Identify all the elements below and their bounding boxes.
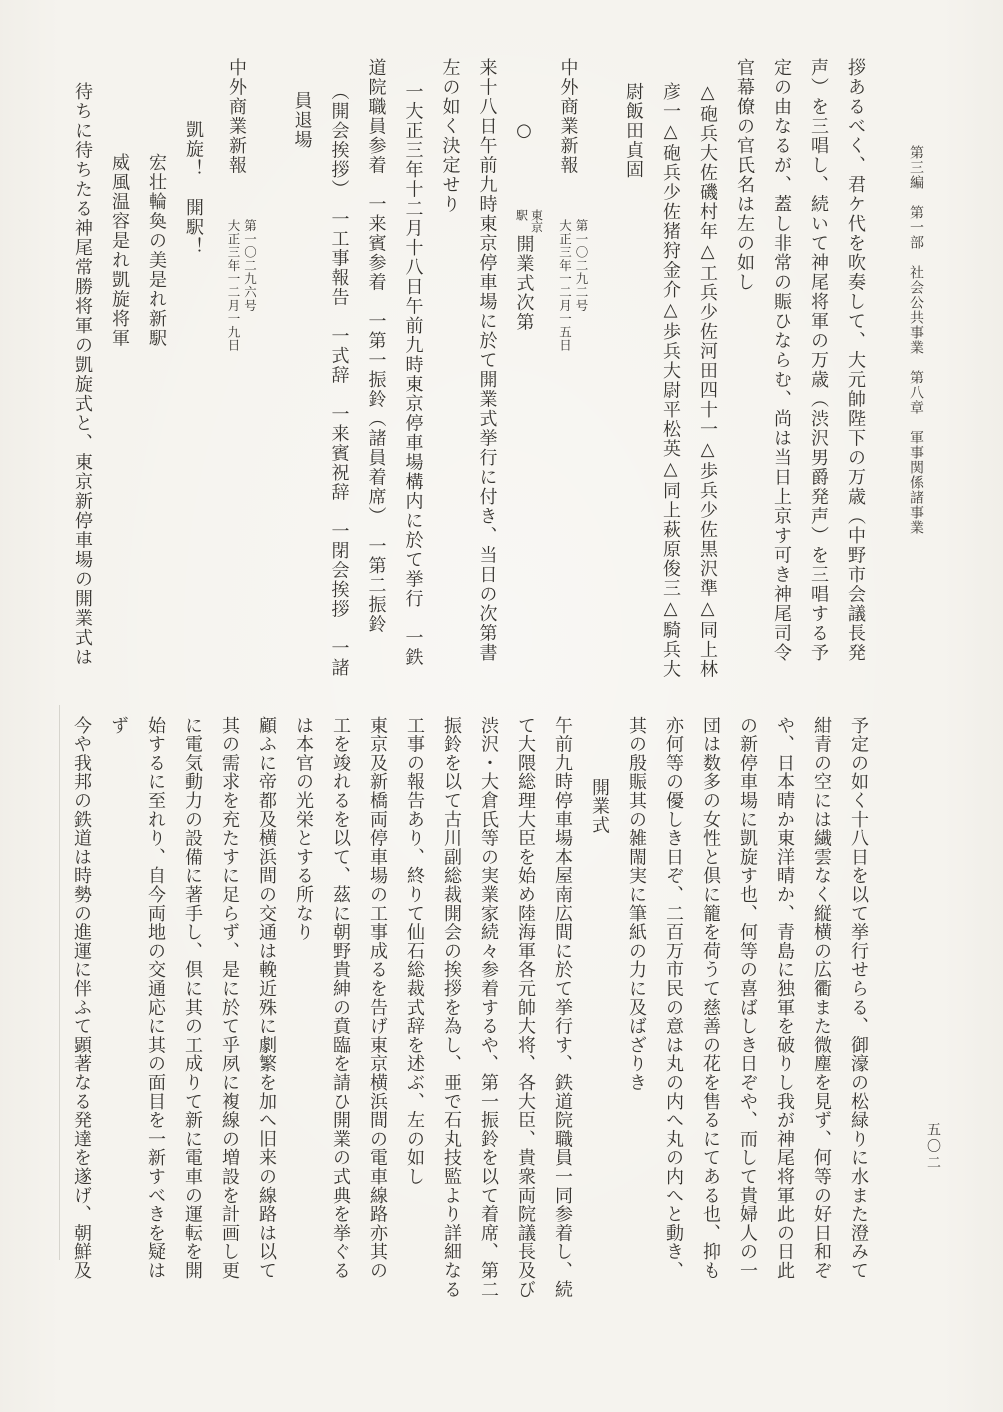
newspaper-citation: 中外商業新報第一〇二九二号大正三年一二月一五日 bbox=[550, 58, 590, 690]
top-text-block: 拶あるべく、君ケ代を吹奏して、大元帥陛下の万歳（中野市会議長発 声）を三唱し、続… bbox=[64, 58, 874, 690]
newspaper-name: 中外商業新報 bbox=[558, 58, 579, 175]
citation-date: 大正三年一二月一五日 bbox=[556, 219, 573, 352]
body-line: 拶あるべく、君ケ代を吹奏して、大元帥陛下の万歳（中野市会議長発 bbox=[837, 58, 874, 690]
address-line: は本官の光栄とする所なり bbox=[285, 716, 322, 1316]
headline: 凱旋！ 開駅！ bbox=[175, 58, 212, 690]
address-line: に電気動力の設備に著手し、倶に其の工成りて新に電車の運転を開 bbox=[174, 716, 211, 1316]
body-line: 亦何等の優しき日ぞ、二百万市民の意は丸の内へ丸の内へと動き、 bbox=[655, 716, 692, 1316]
chapter-header: 第三編 第一部 社会公共事業 第八章 軍事関係諸事業 bbox=[906, 145, 926, 535]
body-line: 其の殷賑其の雑閙実に筆紙の力に及ばざりき bbox=[618, 716, 655, 1316]
address-line: 工を竣れるを以て、茲に朝野貴紳の賁臨を請ひ開業の式典を挙ぐる bbox=[322, 716, 359, 1316]
officer-list-line: 尉飯田貞固 bbox=[615, 58, 652, 690]
body-line: 午前九時停車場本屋南広間に於て挙行す、鉄道院職員一同参着し、続 bbox=[544, 716, 581, 1316]
citation-issue-date: 第一〇二九六号大正三年一二月一九日 bbox=[225, 219, 258, 352]
article-heading: ○東京駅開業式次第 bbox=[506, 58, 544, 690]
program-line: 道院職員参着 一来賓参着 一第一振鈴（諸員着席） 一第二振鈴 bbox=[358, 58, 395, 690]
citation-date: 大正三年一二月一九日 bbox=[225, 219, 242, 352]
program-line: 員退場 bbox=[284, 58, 321, 690]
address-line: 顧ふに帝都及横浜間の交通は輓近殊に劇繁を加へ旧来の線路は以て bbox=[248, 716, 285, 1316]
body-line: 予定の如く十八日を以て挙行せらる、御濠の松緑りに水また澄みて bbox=[840, 716, 877, 1316]
article-mark: ○ bbox=[514, 120, 535, 143]
scanned-book-page: 第三編 第一部 社会公共事業 第八章 軍事関係諸事業 拶あるべく、君ケ代を吹奏し… bbox=[0, 0, 1003, 1412]
body-line: 官幕僚の官氏名は左の如し bbox=[726, 58, 763, 690]
body-line: て大隈総理大臣を始め陸海軍各元帥大将、各大臣、貴衆両院議長及び bbox=[507, 716, 544, 1316]
scan-artifact-line bbox=[59, 705, 60, 1260]
body-line: 紺青の空には繊雲なく縦横の広衢また微塵を見ず、何等の好日和ぞ bbox=[803, 716, 840, 1316]
body-line: 渋沢・大倉氏等の実業家続々参着するや、第一振鈴を以て着席、第二 bbox=[470, 716, 507, 1316]
body-line: や、日本晴か東洋晴か、青島に独軍を破りし我が神尾将軍此の日此 bbox=[766, 716, 803, 1316]
body-line: 声）を三唱し、続いて神尾将軍の万歳（渋沢男爵発声）を三唱する予 bbox=[800, 58, 837, 690]
citation-issue: 第一〇二九二号 bbox=[573, 219, 590, 352]
body-line: の新停車場に凱旋す也、何等の喜ばしき日ぞや、而して貴婦人の一 bbox=[729, 716, 766, 1316]
citation-issue: 第一〇二九六号 bbox=[241, 219, 258, 352]
program-line: （開会挨拶） 一工事報告 一式辞 一来賓祝辞 一閉会挨拶 一諸 bbox=[321, 58, 358, 690]
headline: 宏壮輪奐の美是れ新駅 bbox=[138, 58, 175, 690]
section-heading: 開業式 bbox=[581, 716, 618, 1316]
address-line: 今や我邦の鉄道は時勢の進運に伴ふて顕著なる発達を遂げ、朝鮮及 bbox=[63, 716, 100, 1316]
body-line: 左の如く決定せり bbox=[432, 58, 469, 690]
body-line: 振鈴を以て古川副総裁開会の挨拶を為し、亜で石丸技監より詳細なる bbox=[433, 716, 470, 1316]
address-line: 其の需求を充たすに足らず、是に於て乎夙に複線の増設を計画し更 bbox=[211, 716, 248, 1316]
body-line: 待ちに待ちたる神尾常勝将軍の凱旋式と、東京新停車場の開業式は bbox=[64, 58, 101, 690]
article-title: 開業式次第 bbox=[514, 235, 535, 333]
program-line: 一大正三年十二月十八日午前九時東京停車場構内に於て挙行 一鉄 bbox=[395, 58, 432, 690]
officer-list-line: △砲兵大佐磯村年△工兵少佐河田四十一△歩兵少佐黒沢準△同上林 bbox=[689, 58, 726, 690]
body-line: 団は数多の女性と倶に籠を荷うて慈善の花を售るにてある也、抑も bbox=[692, 716, 729, 1316]
bottom-text-block: 予定の如く十八日を以て挙行せらる、御濠の松緑りに水また澄みて 紺青の空には繊雲な… bbox=[63, 716, 877, 1316]
newspaper-name: 中外商業新報 bbox=[226, 58, 247, 175]
address-line: 始するに至れり、自今両地の交通応に其の面目を一新すべきを疑は bbox=[137, 716, 174, 1316]
address-line: 東京及新橋両停車場の工事成るを告げ東京横浜間の電車線路亦其の bbox=[359, 716, 396, 1316]
officer-list-line: 彦一△砲兵少佐猪狩金介△歩兵大尉平松英△同上萩原俊三△騎兵大 bbox=[652, 58, 689, 690]
address-line: ず bbox=[100, 716, 137, 1316]
newspaper-citation: 中外商業新報第一〇二九六号大正三年一二月一九日 bbox=[218, 58, 258, 690]
headline: 威風温容是れ凱旋将軍 bbox=[101, 58, 138, 690]
citation-issue-date: 第一〇二九二号大正三年一二月一五日 bbox=[556, 219, 589, 352]
body-line: 定の由なるが、蓋し非常の賑ひならむ、尚は当日上京す可き神尾司令 bbox=[763, 58, 800, 690]
page-number: 五〇二 bbox=[923, 1122, 943, 1172]
article-dateline: 東京駅 bbox=[514, 147, 544, 233]
body-line: 来十八日午前九時東京停車場に於て開業式挙行に付き、当日の次第書 bbox=[469, 58, 506, 690]
body-line: 工事の報告あり、終りて仙石総裁式辞を述ぶ、左の如し bbox=[396, 716, 433, 1316]
